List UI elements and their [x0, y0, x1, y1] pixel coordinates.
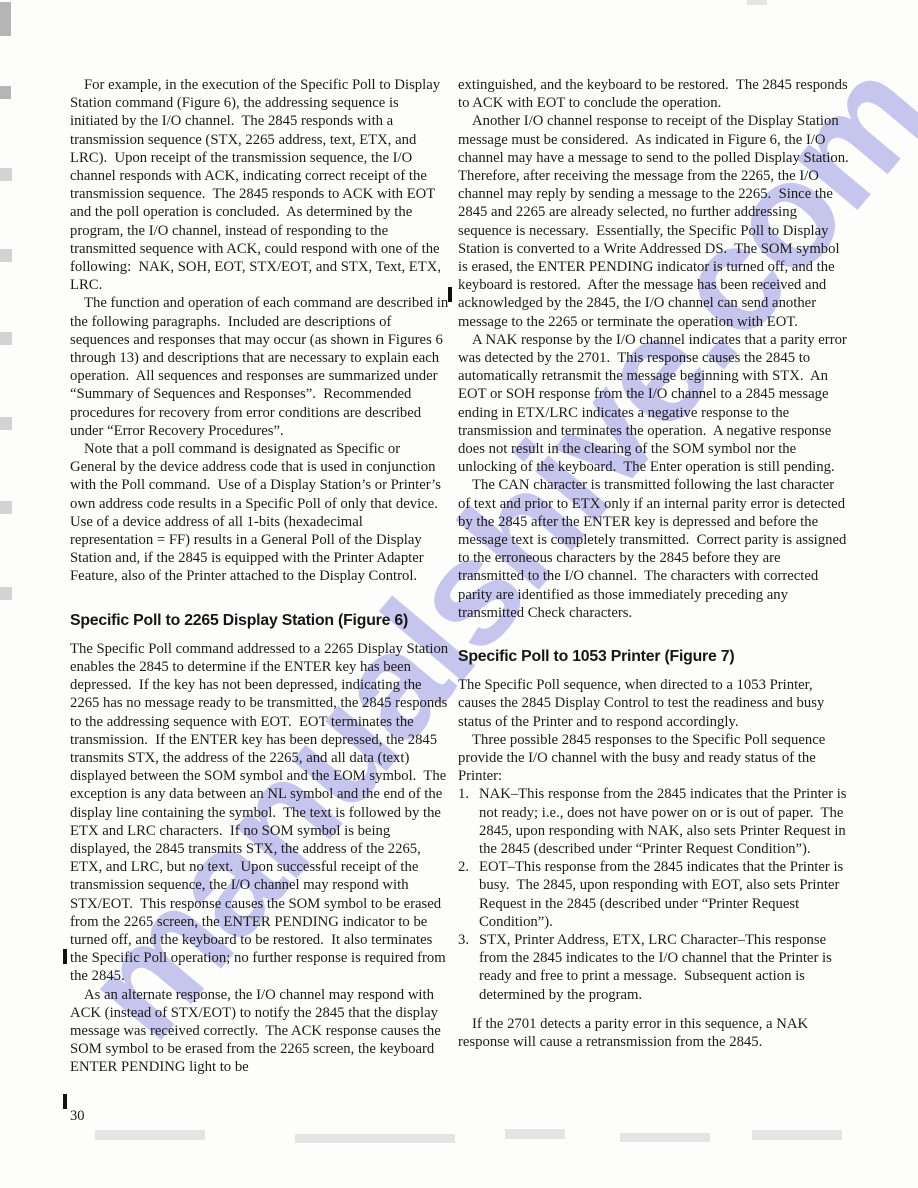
list-item-text: EOT–This response from the 2845 indicate…: [479, 859, 847, 930]
scan-artifact: [0, 587, 12, 600]
scan-artifact: [0, 168, 12, 181]
section-heading-2265: Specific Poll to 2265 Display Station (F…: [70, 611, 449, 630]
scan-artifact: [752, 1130, 842, 1140]
paragraph-specific-poll-1053: The Specific Poll sequence, when directe…: [458, 676, 850, 731]
list-item-text: STX, Printer Address, ETX, LRC Character…: [479, 932, 836, 1003]
paragraph-extinguished: extinguished, and the keyboard to be res…: [458, 76, 850, 112]
change-bar: [63, 1094, 67, 1109]
scan-artifact: [0, 86, 11, 99]
section-heading-1053: Specific Poll to 1053 Printer (Figure 7): [458, 647, 850, 666]
paragraph-specific-poll-2265: The Specific Poll command addressed to a…: [70, 640, 449, 986]
scan-artifact: [0, 249, 12, 262]
list-item-number: 1.: [458, 785, 469, 803]
scan-artifact: [295, 1134, 455, 1143]
scan-artifact: [747, 0, 767, 5]
paragraph-command-overview: The function and operation of each comma…: [70, 294, 449, 440]
response-list: 1. NAK–This response from the 2845 indic…: [458, 785, 850, 1003]
list-item: 1. NAK–This response from the 2845 indic…: [458, 785, 850, 858]
scan-artifact: [0, 417, 12, 430]
change-bar: [63, 949, 67, 964]
paragraph-another-response: Another I/O channel response to receipt …: [458, 112, 850, 330]
change-bar: [448, 287, 452, 302]
scan-artifact: [505, 1129, 565, 1139]
paragraph-poll-designation: Note that a poll command is designated a…: [70, 440, 449, 586]
scan-artifact: [0, 2, 11, 36]
paragraph-three-responses: Three possible 2845 responses to the Spe…: [458, 731, 850, 786]
left-column: For example, in the execution of the Spe…: [70, 76, 449, 1077]
manual-page: manualshive.com For example, in the exec…: [0, 0, 918, 1188]
scan-artifact: [0, 332, 12, 345]
list-item-number: 3.: [458, 931, 469, 949]
paragraph-alternate-response: As an alternate response, the I/O channe…: [70, 986, 449, 1077]
scan-artifact: [620, 1133, 710, 1142]
list-item: 2. EOT–This response from the 2845 indic…: [458, 858, 850, 931]
scan-artifact: [0, 501, 12, 514]
paragraph-nak-response: A NAK response by the I/O channel indica…: [458, 331, 850, 477]
paragraph-parity-error: If the 2701 detects a parity error in th…: [458, 1015, 850, 1051]
list-item-number: 2.: [458, 858, 469, 876]
paragraph-can-character: The CAN character is transmitted followi…: [458, 476, 850, 622]
right-column: extinguished, and the keyboard to be res…: [458, 76, 850, 1051]
list-item-text: NAK–This response from the 2845 indicate…: [479, 786, 850, 857]
page-number: 30: [70, 1108, 85, 1125]
paragraph-example-poll: For example, in the execution of the Spe…: [70, 76, 449, 294]
scan-artifact: [95, 1130, 205, 1140]
list-item: 3. STX, Printer Address, ETX, LRC Charac…: [458, 931, 850, 1004]
